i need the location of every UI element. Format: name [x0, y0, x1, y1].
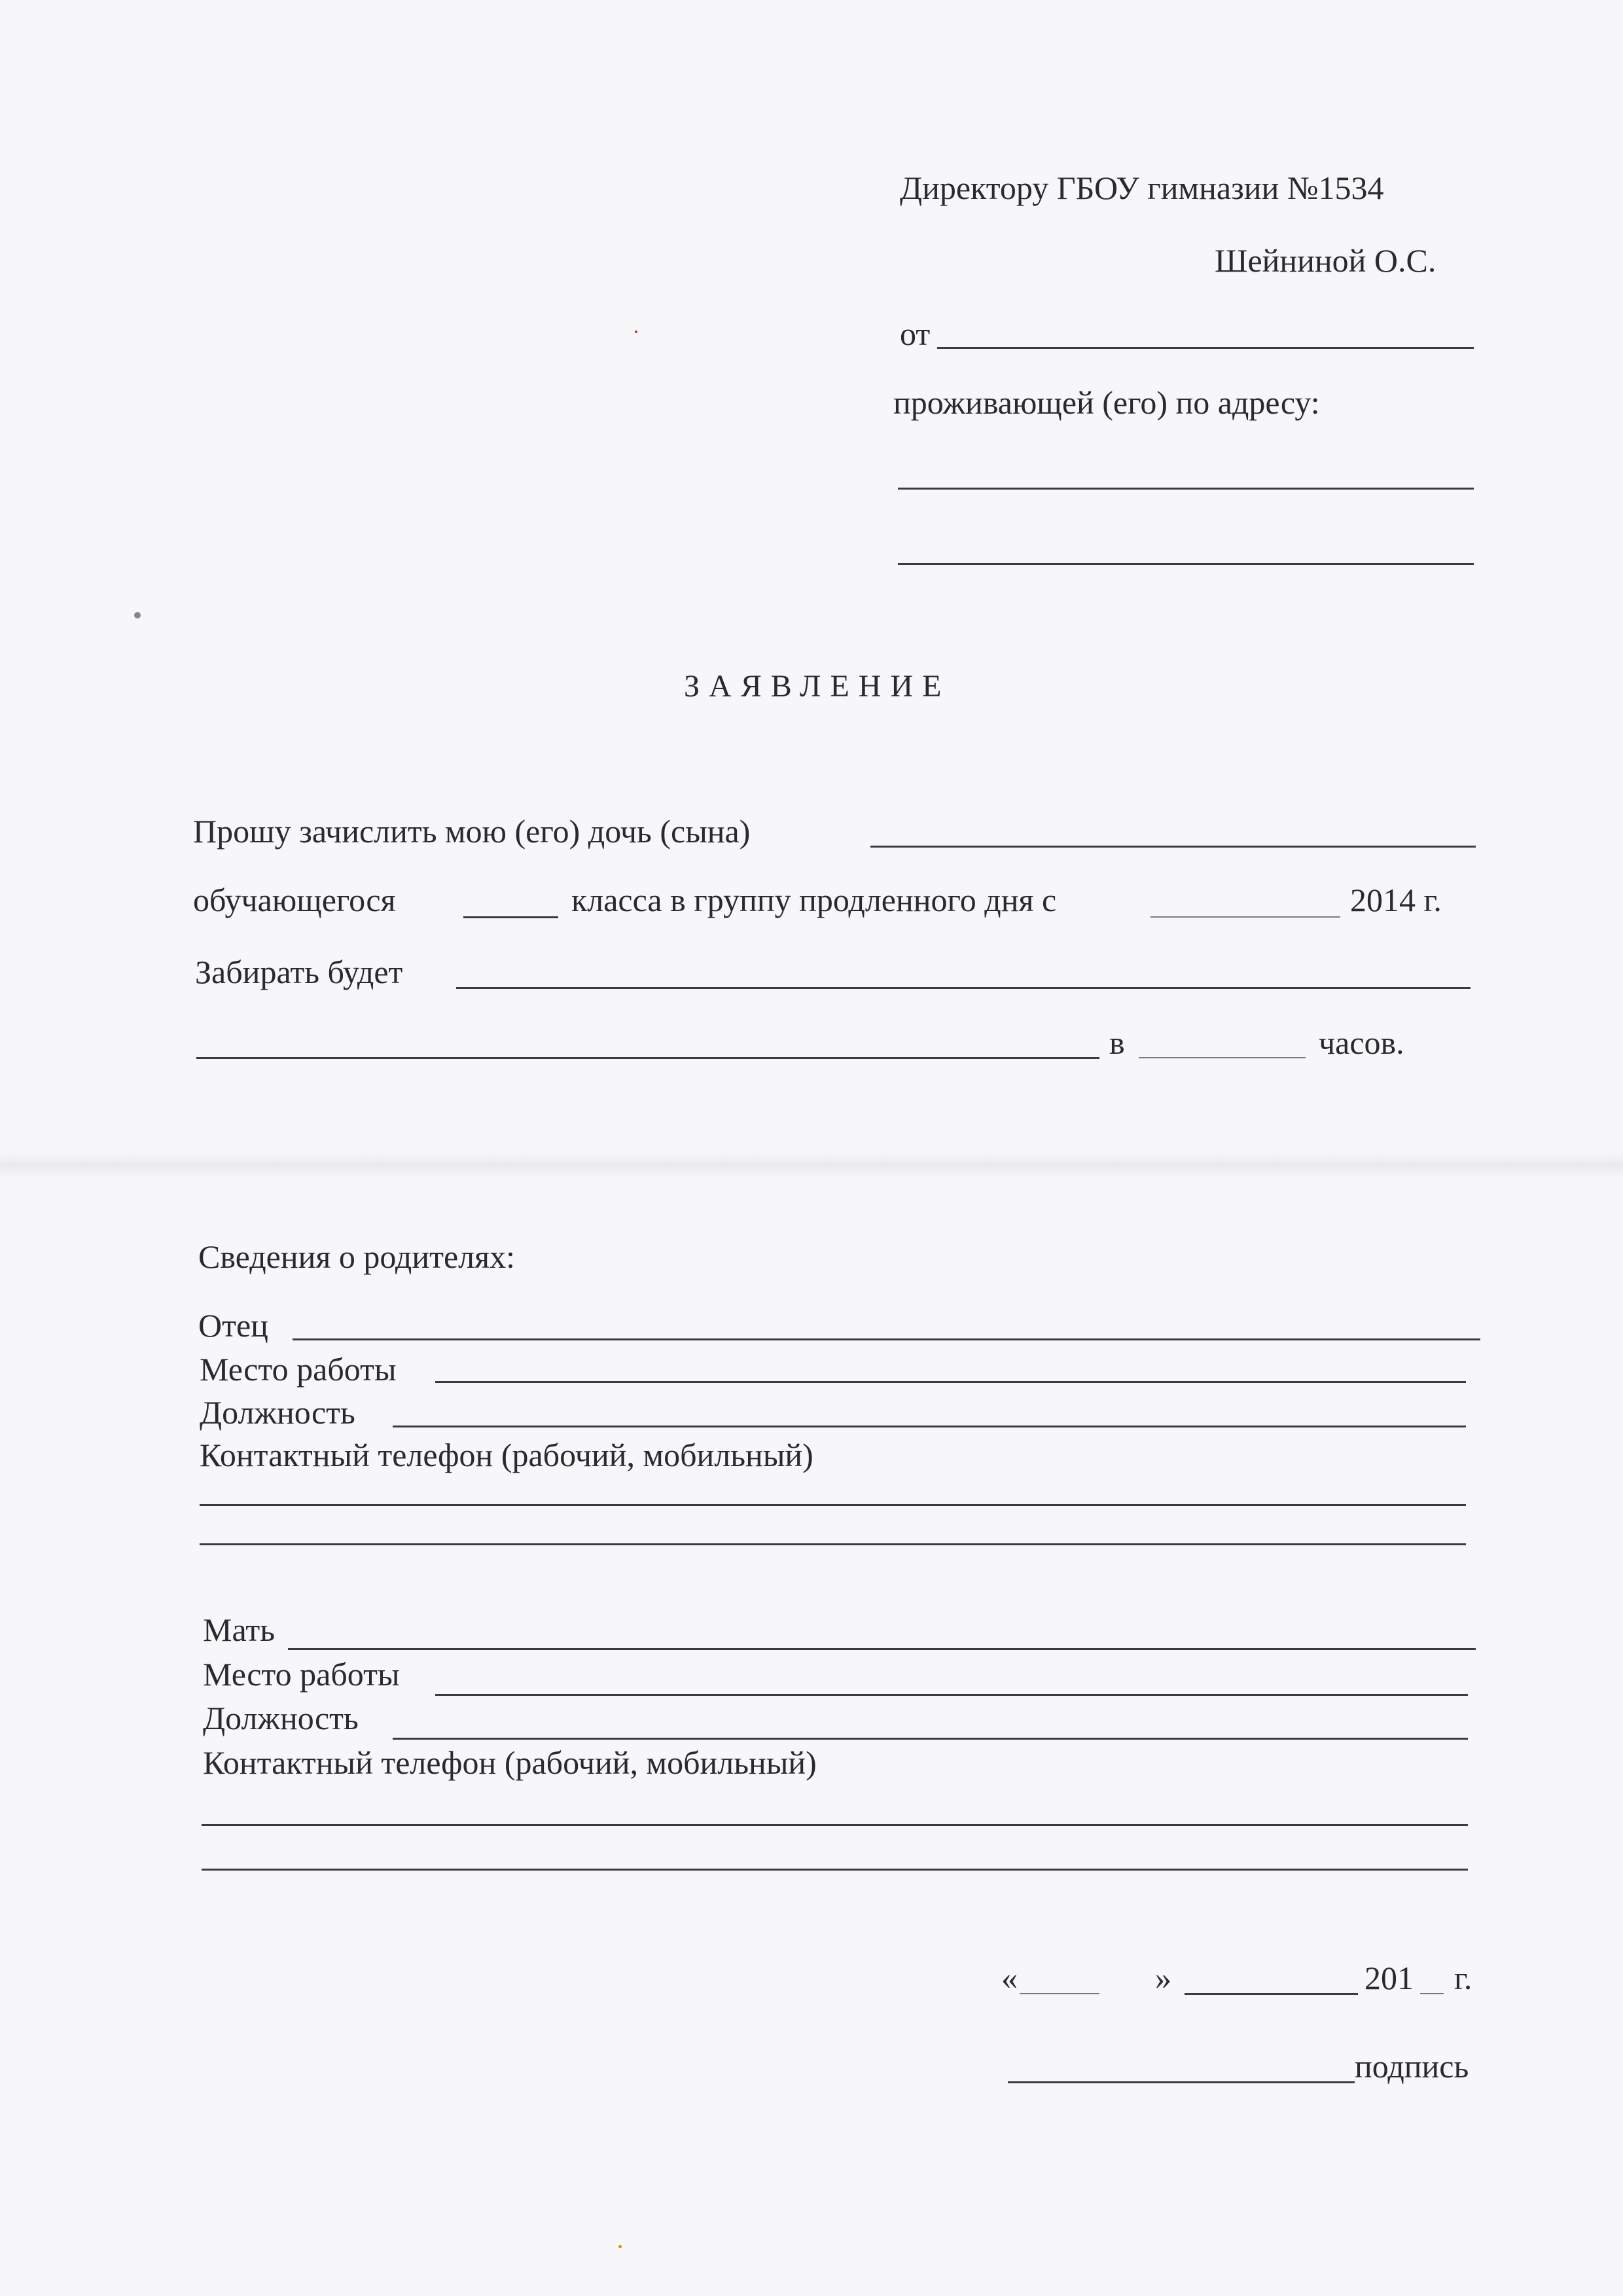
date-day-field[interactable] [1020, 1993, 1099, 1994]
addressee-director: Директору ГБОУ гимназии №1534 [900, 171, 1384, 204]
address-field-line-1[interactable] [898, 488, 1474, 490]
father-label: Отец [198, 1309, 268, 1342]
mother-phone-label: Контактный телефон (рабочий, мобильный) [203, 1746, 817, 1779]
father-phone-field-1[interactable] [200, 1504, 1466, 1506]
date-year-digit-field[interactable] [1420, 1993, 1444, 1994]
address-label: проживающей (его) по адресу: [893, 386, 1320, 419]
father-position-label: Должность [200, 1396, 355, 1429]
document-page: Директору ГБОУ гимназии №1534 Шейниной О… [0, 0, 1623, 2296]
date-year-prefix: 201 [1364, 1962, 1414, 1994]
hours-label: часов. [1319, 1026, 1404, 1059]
date-year-suffix: г. [1454, 1962, 1472, 1994]
grade-prefix: обучающегося [193, 884, 396, 916]
pickup-label: Забирать будет [195, 956, 402, 988]
grade-field[interactable] [463, 916, 558, 918]
mother-position-label: Должность [203, 1702, 359, 1734]
father-workplace-label: Место работы [200, 1353, 397, 1386]
start-year: 2014 г. [1350, 884, 1442, 916]
from-label: от [900, 317, 930, 350]
pickup-person-field[interactable] [456, 987, 1471, 989]
address-field-line-2[interactable] [898, 563, 1474, 565]
parents-section-title: Сведения о родителях: [198, 1240, 515, 1273]
mother-phone-field-1[interactable] [202, 1824, 1468, 1826]
scan-speck [134, 612, 141, 619]
mother-label: Мать [203, 1613, 275, 1646]
date-quote-open: « [1001, 1962, 1018, 1994]
mother-workplace-label: Место работы [203, 1658, 400, 1691]
child-name-field[interactable] [870, 846, 1476, 848]
father-workplace-field[interactable] [435, 1381, 1466, 1383]
father-phone-label: Контактный телефон (рабочий, мобильный) [200, 1439, 813, 1471]
father-name-field[interactable] [293, 1338, 1480, 1340]
date-quote-close: » [1155, 1962, 1171, 1994]
scan-speck [635, 331, 637, 333]
document-title: ЗАЯВЛЕНИЕ [684, 671, 950, 702]
from-field[interactable] [937, 347, 1474, 349]
at-label: в [1109, 1026, 1125, 1059]
pickup-person-field-2[interactable] [196, 1057, 1099, 1059]
father-position-field[interactable] [393, 1426, 1466, 1427]
mother-position-field[interactable] [393, 1738, 1468, 1740]
signature-field[interactable] [1008, 2081, 1355, 2083]
signature-label: подпись [1355, 2050, 1469, 2083]
mother-workplace-field[interactable] [435, 1694, 1468, 1696]
scan-speck [618, 2245, 622, 2248]
pickup-time-field[interactable] [1139, 1057, 1306, 1058]
start-date-field[interactable] [1150, 916, 1340, 918]
addressee-name: Шейниной О.С. [1215, 244, 1436, 277]
paper-fold [0, 1152, 1623, 1178]
father-phone-field-2[interactable] [200, 1543, 1466, 1545]
mother-name-field[interactable] [288, 1648, 1476, 1650]
group-text: класса в группу продленного дня с [571, 884, 1056, 916]
date-month-field[interactable] [1185, 1993, 1358, 1995]
mother-phone-field-2[interactable] [202, 1869, 1468, 1871]
enroll-text: Прошу зачислить мою (его) дочь (сына) [193, 815, 750, 848]
